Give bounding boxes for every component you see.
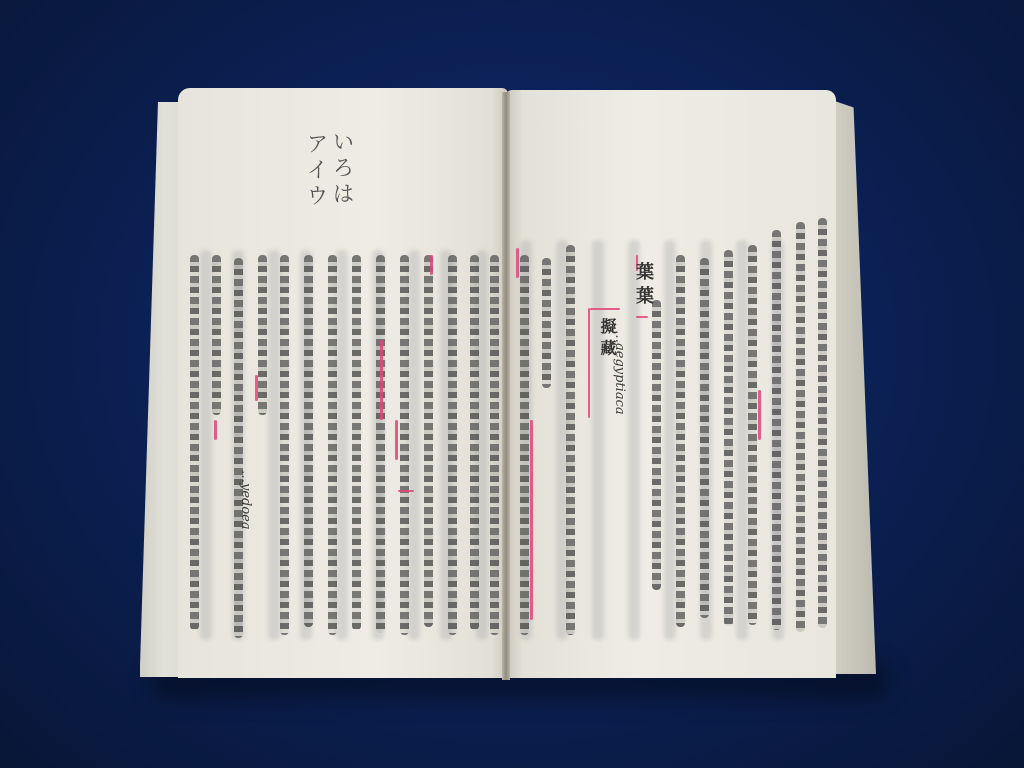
- manuscript-book: いろは アイウ …yedoea: [0, 0, 1024, 768]
- right-page-latin-annotation: …aegyptiaca: [612, 330, 627, 415]
- left-page-heading-katakana: アイウ: [300, 132, 331, 210]
- right-page-section-heading: 葉 葉: [630, 262, 656, 304]
- book-spine-gutter: [502, 92, 510, 680]
- left-page-latin-annotation: …yedoea: [238, 470, 253, 530]
